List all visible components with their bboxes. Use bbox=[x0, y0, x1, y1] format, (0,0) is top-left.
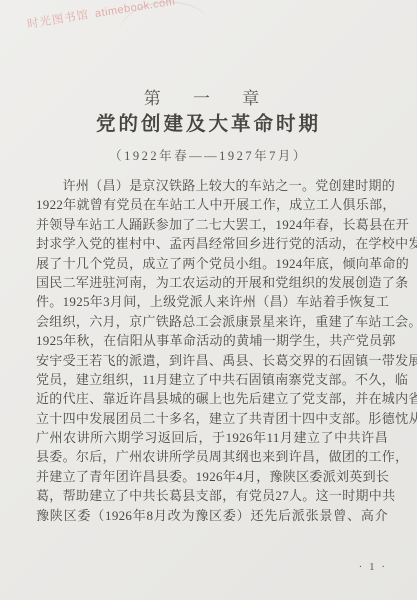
body-line: 展了十几个党员，成立了两个党员小组。1924年底，倾向革命的 bbox=[36, 254, 388, 273]
body-line: 1925年秋，在信阳从事革命活动的黄埔一期学生，共产党员郭 bbox=[36, 331, 388, 350]
body-line: 件。1925年3月间，上级党派人来许州（昌）车站着手恢复工 bbox=[36, 292, 388, 311]
body-line: 国民二军进驻河南，为工农运动的开展和党组织的发展创造了条 bbox=[36, 273, 388, 292]
body-line: 广州农讲所六期学习返回后，于1926年11月建立了中共许昌 bbox=[36, 428, 388, 447]
body-line: 并建立了青年团许昌县委。1926年4月，豫陕区委派刘英到长 bbox=[36, 467, 388, 486]
body-line: 1922年就曾有党员在车站工人中开展工作，成立工人俱乐部， bbox=[36, 195, 388, 214]
body-line: 豫陕区委（1926年8月改为豫区委）还先后派张景曾、高介 bbox=[36, 506, 388, 525]
page-number: · 1 · bbox=[359, 561, 387, 573]
body-line: 葛，帮助建立了中共长葛县支部，有党员27人。这一时期中共 bbox=[36, 486, 388, 505]
body-line: 许州（昌）是京汉铁路上较大的车站之一。党创建时期的 bbox=[36, 176, 388, 195]
body-line: 县委。尔后，广州农讲所学员周其纲也来到许昌，做团的工作， bbox=[36, 447, 388, 466]
chapter-title: 党的创建及大革命时期 bbox=[0, 108, 417, 136]
scanned-book-page: 时光图书馆atimebook.com 第 一 章 党的创建及大革命时期 （192… bbox=[0, 0, 417, 600]
body-line: 并领导车站工人踊跃参加了二七大罢工，1924年春，长葛县在开 bbox=[36, 215, 388, 234]
body-paragraph: 许州（昌）是京汉铁路上较大的车站之一。党创建时期的 1922年就曾有党员在车站工… bbox=[36, 176, 388, 525]
chapter-date-range: （1922年春——1927年7月） bbox=[0, 146, 417, 164]
body-line: 党员，建立组织，11月建立了中共石固镇南寨党支部。不久，临 bbox=[36, 370, 388, 389]
body-line: 封求学入党的崔村中、孟丙昌经常回乡进行党的活动，在学校中发 bbox=[36, 234, 388, 253]
chapter-number-heading: 第 一 章 bbox=[0, 84, 417, 109]
body-line: 安宇受王若飞的派遣，到许昌、禹县、长葛交界的石固镇一带发展 bbox=[36, 351, 388, 370]
watermark-library-name: 时光图书馆 bbox=[26, 9, 90, 31]
body-line: 会组织，六月，京广铁路总工会派康景星来许，重建了车站工会。 bbox=[36, 312, 388, 331]
body-line: 立十四中发展团员二十多名，建立了共青团十四中支部。肜德忱从 bbox=[36, 409, 388, 428]
body-line: 近的代庄、靠近许昌县城的碾上也先后建立了党支部，并在城内省 bbox=[36, 389, 388, 408]
